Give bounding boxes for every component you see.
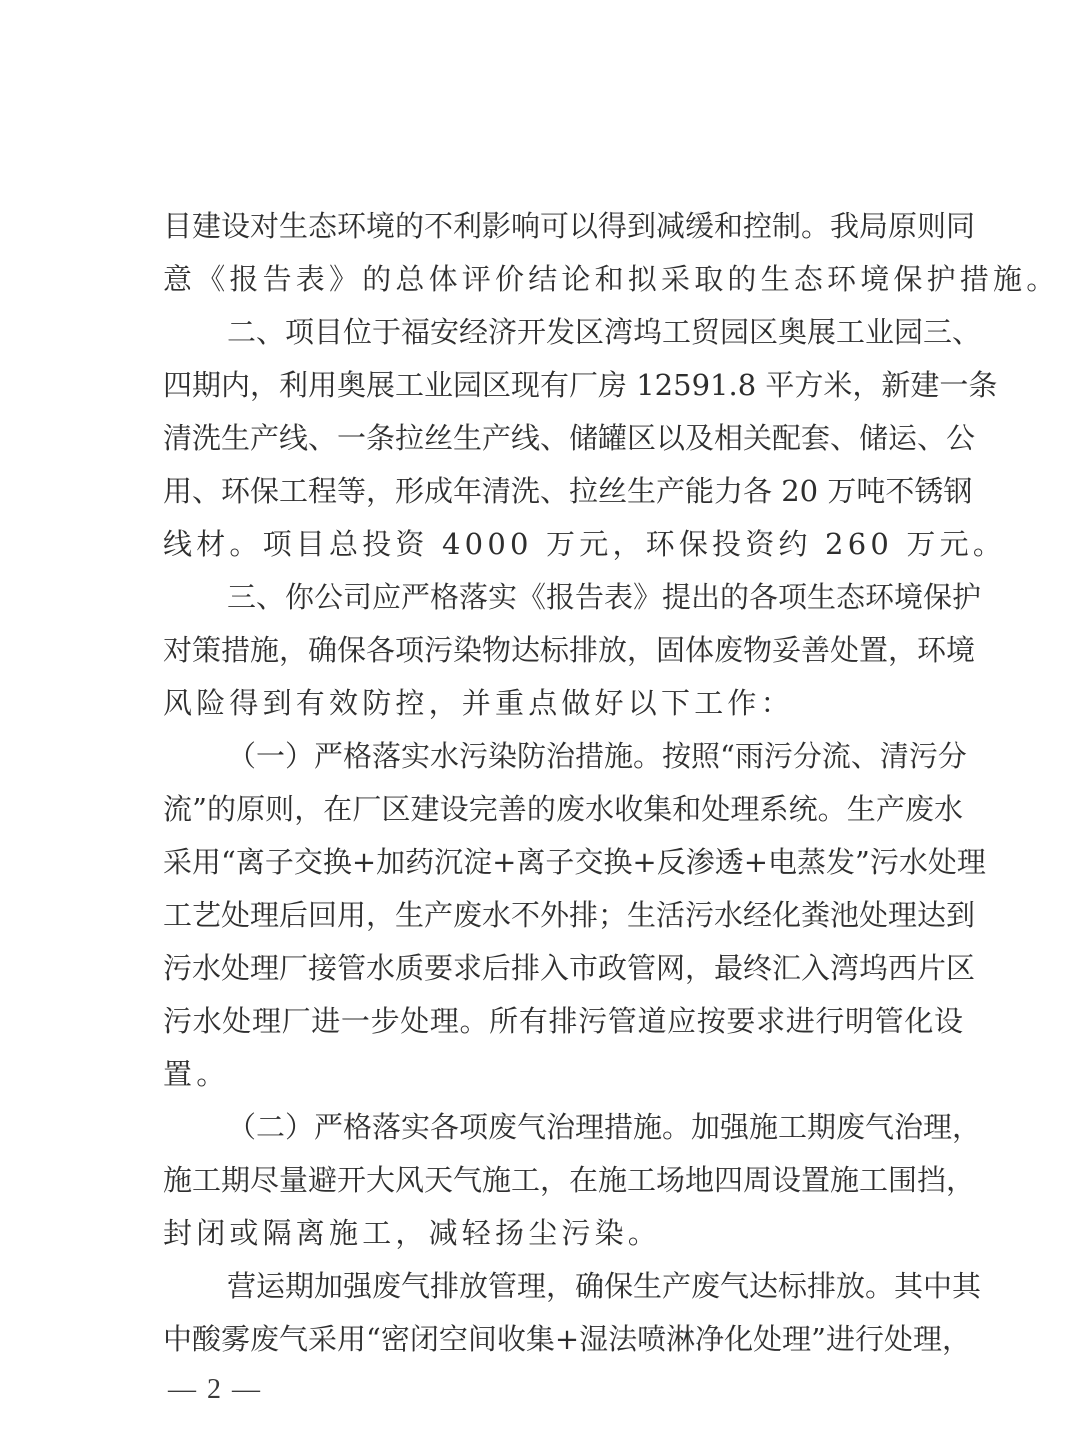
text-line: 污水处理厂接管水质要求后排入市政管网，最终汇入湾坞西片区 — [163, 948, 963, 988]
text-line: 清洗生产线、一条拉丝生产线、储罐区以及相关配套、储运、公 — [163, 418, 963, 458]
text-line: 目建设对生态环境的不利影响可以得到减缓和控制。我局原则同 — [163, 206, 963, 246]
text-line: 工艺处理后回用，生产废水不外排；生活污水经化粪池处理达到 — [163, 895, 963, 935]
text-line: 意《报告表》的总体评价结论和拟采取的生态环境保护措施。 — [163, 259, 963, 299]
text-line: 施工期尽量避开大风天气施工，在施工场地四周设置施工围挡， — [163, 1160, 963, 1200]
text-line: 中酸雾废气采用“密闭空间收集+湿法喷淋净化处理”进行处理， — [163, 1319, 963, 1359]
text-line: 营运期加强废气排放管理，确保生产废气达标排放。其中其 — [227, 1266, 963, 1306]
text-line: 置。 — [163, 1054, 963, 1094]
text-line: 风险得到有效防控，并重点做好以下工作： — [163, 683, 963, 723]
text-line: 对策措施，确保各项污染物达标排放，固体废物妥善处置，环境 — [163, 630, 963, 670]
text-line: 三、你公司应严格落实《报告表》提出的各项生态环境保护 — [227, 577, 963, 617]
page-number: — 2 — — [168, 1372, 262, 1408]
document-page: 目建设对生态环境的不利影响可以得到减缓和控制。我局原则同 意《报告表》的总体评价… — [0, 0, 1080, 1432]
text-line: 采用“离子交换+加药沉淀+离子交换+反渗透+电蒸发”污水处理 — [163, 842, 963, 882]
text-line: 线材。项目总投资 4000 万元，环保投资约 260 万元。 — [163, 524, 963, 564]
text-line: 用、环保工程等，形成年清洗、拉丝生产能力各 20 万吨不锈钢 — [163, 471, 963, 511]
text-line: 流”的原则，在厂区建设完善的废水收集和处理系统。生产废水 — [163, 789, 963, 829]
text-line: 四期内，利用奥展工业园区现有厂房 12591.8 平方米，新建一条 — [163, 365, 963, 405]
text-line: 污水处理厂进一步处理。所有排污管道应按要求进行明管化设 — [163, 1001, 963, 1041]
text-line: （一）严格落实水污染防治措施。按照“雨污分流、清污分 — [227, 736, 963, 776]
text-line: （二）严格落实各项废气治理措施。加强施工期废气治理， — [227, 1107, 963, 1147]
text-line: 二、项目位于福安经济开发区湾坞工贸园区奥展工业园三、 — [227, 312, 963, 352]
text-line: 封闭或隔离施工，减轻扬尘污染。 — [163, 1213, 963, 1253]
